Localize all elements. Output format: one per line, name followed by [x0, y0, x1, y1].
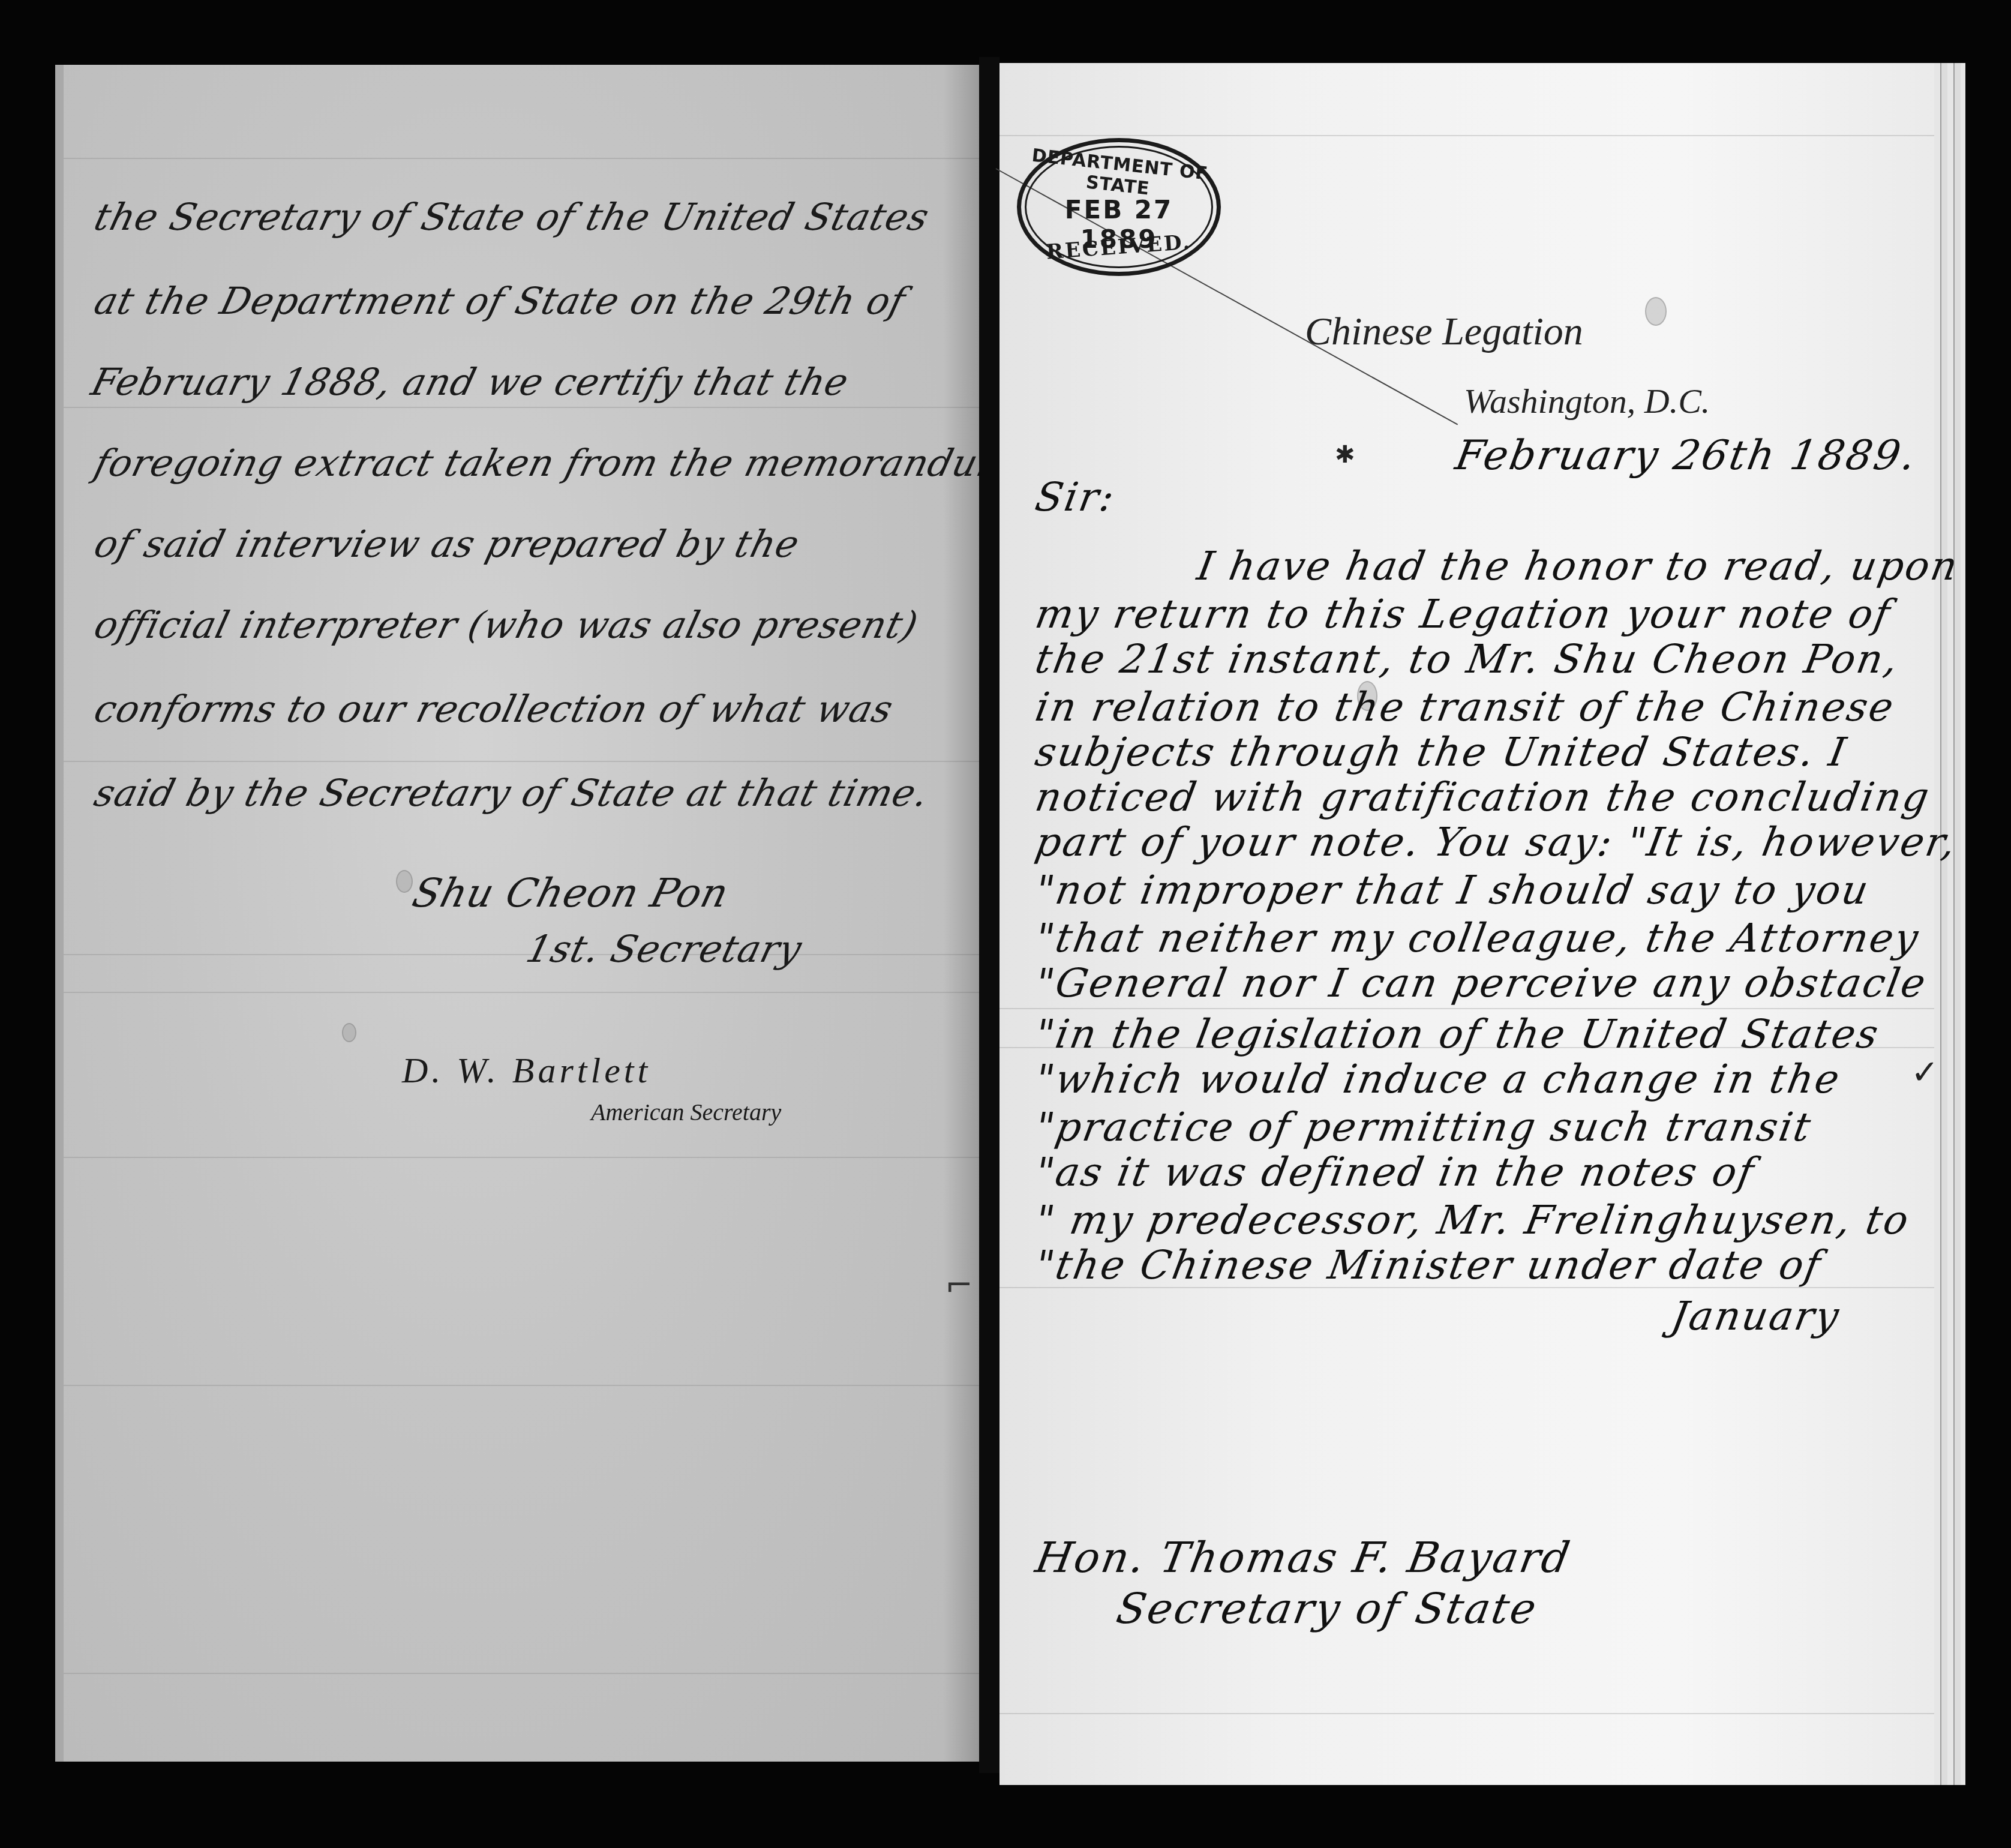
ruled-line [1000, 1713, 1965, 1714]
ruled-line [64, 992, 979, 993]
paper-spot [342, 1023, 356, 1042]
left-line-5: of said interview as prepared by the [90, 522, 804, 566]
margin-bracket-mark-icon: ⌐ [945, 1266, 973, 1305]
body-line-12: "which would induce a change in the [1032, 1056, 1845, 1102]
ruled-line [64, 1157, 979, 1158]
signature-title-american-secretary: American Secretary [591, 1098, 781, 1126]
ruled-line [64, 761, 979, 762]
book-spine [979, 57, 1000, 1773]
ruled-line [64, 407, 979, 408]
body-line-13: "practice of permitting such transit [1032, 1104, 1816, 1150]
ruled-line [64, 158, 979, 159]
continuation-word: January [1668, 1293, 1844, 1339]
left-line-4: foregoing extract taken from the memoran… [90, 441, 1019, 485]
letterhead-washington: Washington, D.C. [1464, 381, 1710, 421]
ruled-line [64, 954, 979, 955]
body-line-15: " my predecessor, Mr. Frelinghuysen, to [1032, 1197, 1914, 1243]
body-line-11: "in the legislation of the United States [1032, 1011, 1883, 1057]
letter-date: February 26th 1889. [1452, 432, 1920, 479]
body-line-9: "that neither my colleague, the Attorney [1032, 915, 1923, 961]
salutation: Sir: [1032, 474, 1119, 520]
letterhead-chinese-legation: Chinese Legation [1305, 309, 1583, 355]
ruled-line [1000, 135, 1965, 136]
left-line-8: said by the Secretary of State at that t… [90, 771, 934, 815]
check-mark-icon: ✓ [1911, 1053, 1939, 1092]
ruled-line [64, 1385, 979, 1386]
body-line-10: "General nor I can perceive any obstacle [1032, 960, 1931, 1006]
received-stamp: DEPARTMENT OF STATE FEB 27 1889 RECEIVED… [1017, 138, 1221, 276]
stacked-page-edges [1934, 63, 1965, 1785]
left-line-7: conforms to our recollection of what was [90, 687, 898, 731]
body-line-2: my return to this Legation your note of [1032, 591, 1895, 637]
body-line-5: subjects through the United States. I [1032, 729, 1851, 775]
asterisk-mark-icon: ✱ [1335, 441, 1355, 469]
paper-spot [1645, 297, 1667, 326]
body-line-1: I have had the honor to read, upon [1194, 543, 1962, 589]
body-line-7: part of your note. You say: "It is, howe… [1032, 819, 1961, 865]
addressee-title: Secretary of State [1113, 1584, 1542, 1633]
signature-shu-cheon-pon: Shu Cheon Pon [408, 870, 734, 916]
addressee-name: Hon. Thomas F. Bayard [1032, 1533, 1575, 1582]
left-line-6: official interpreter (who was also prese… [90, 603, 923, 647]
body-line-16: "the Chinese Minister under date of [1032, 1242, 1826, 1288]
body-line-6: noticed with gratification the concludin… [1032, 774, 1934, 820]
signature-d-w-bartlett: D. W. Bartlett [402, 1050, 651, 1091]
left-line-3: February 1888, and we certify that the [87, 360, 854, 404]
paper-spot [396, 870, 413, 893]
left-line-1: the Secretary of State of the United Sta… [90, 195, 934, 239]
body-line-3: the 21st instant, to Mr. Shu Cheon Pon, [1032, 636, 1903, 682]
ruled-line [64, 1673, 979, 1674]
signature-title-first-secretary: 1st. Secretary [522, 927, 807, 971]
ruled-line [1000, 1008, 1965, 1009]
body-line-8: "not improper that I should say to you [1032, 867, 1874, 913]
left-line-2: at the Department of State on the 29th o… [90, 279, 910, 323]
body-line-4: in relation to the transit of the Chines… [1032, 684, 1899, 730]
body-line-14: "as it was defined in the notes of [1032, 1149, 1759, 1195]
